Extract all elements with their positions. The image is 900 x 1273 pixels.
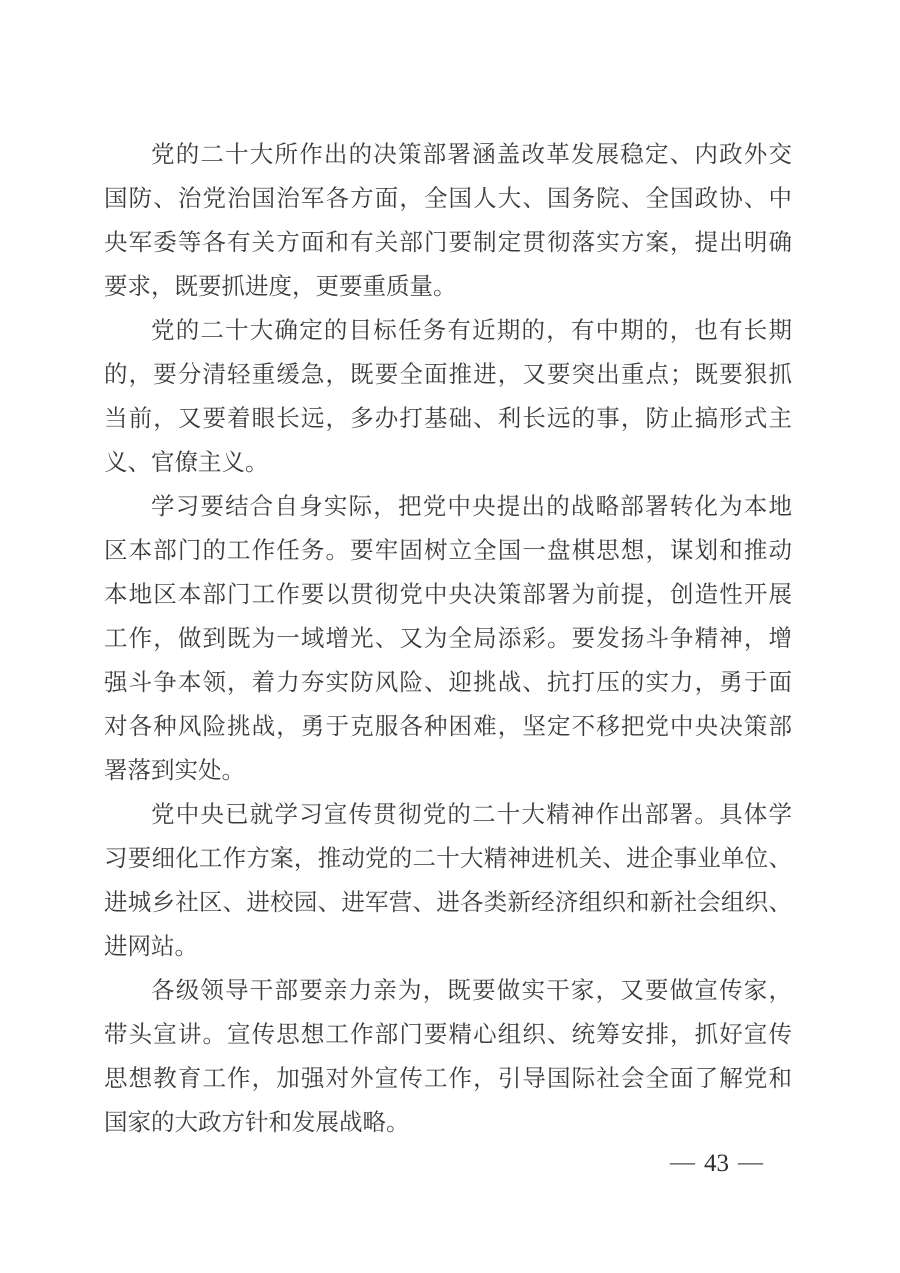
paragraph-5: 各级领导干部要亲力亲为，既要做实干家，又要做宣传家， 带头宣讲。宣传思想工作部门…: [104, 969, 792, 1145]
text-line: 习要细化工作方案，推动党的二十大精神进机关、进企事业单位、: [104, 837, 792, 881]
text-line: 进城乡社区、进校园、进军营、进各类新经济组织和新社会组织、: [104, 881, 792, 925]
page-number: 43: [704, 1149, 729, 1179]
text-line: 要求，既要抓进度，更要重质量。: [104, 265, 792, 309]
text-line: 各级领导干部要亲力亲为，既要做实干家，又要做宣传家，: [104, 969, 792, 1013]
text-line: 国防、治党治国治军各方面，全国人大、国务院、全国政协、中: [104, 177, 792, 221]
text-line: 义、官僚主义。: [104, 441, 792, 485]
document-body: 党的二十大所作出的决策部署涵盖改革发展稳定、内政外交 国防、治党治国治军各方面，…: [104, 133, 792, 1145]
text-line: 党的二十大确定的目标任务有近期的，有中期的，也有长期: [104, 309, 792, 353]
text-line: 央军委等各有关方面和有关部门要制定贯彻落实方案，提出明确: [104, 221, 792, 265]
text-line: 区本部门的工作任务。要牢固树立全国一盘棋思想，谋划和推动: [104, 529, 792, 573]
text-line: 当前，又要着眼长远，多办打基础、利长远的事，防止搞形式主: [104, 397, 792, 441]
text-line: 思想教育工作，加强对外宣传工作，引导国际社会全面了解党和: [104, 1057, 792, 1101]
paragraph-3: 学习要结合自身实际，把党中央提出的战略部署转化为本地 区本部门的工作任务。要牢固…: [104, 485, 792, 793]
text-line: 工作，做到既为一域增光、又为全局添彩。要发扬斗争精神，增: [104, 617, 792, 661]
text-line: 进网站。: [104, 925, 792, 969]
text-line: 本地区本部门工作要以贯彻党中央决策部署为前提，创造性开展: [104, 573, 792, 617]
text-line: 学习要结合自身实际，把党中央提出的战略部署转化为本地: [104, 485, 792, 529]
text-line: 带头宣讲。宣传思想工作部门要精心组织、统筹安排，抓好宣传: [104, 1013, 792, 1057]
text-line: 党的二十大所作出的决策部署涵盖改革发展稳定、内政外交: [104, 133, 792, 177]
footer-right-dash: —: [738, 1148, 763, 1178]
paragraph-1: 党的二十大所作出的决策部署涵盖改革发展稳定、内政外交 国防、治党治国治军各方面，…: [104, 133, 792, 309]
paragraph-2: 党的二十大确定的目标任务有近期的，有中期的，也有长期 的，要分清轻重缓急，既要全…: [104, 309, 792, 485]
text-line: 的，要分清轻重缓急，既要全面推进，又要突出重点；既要狠抓: [104, 353, 792, 397]
footer-left-dash: —: [670, 1148, 695, 1178]
text-line: 党中央已就学习宣传贯彻党的二十大精神作出部署。具体学: [104, 793, 792, 837]
text-line: 署落到实处。: [104, 749, 792, 793]
page-footer: — 43 —: [670, 1149, 763, 1179]
text-line: 国家的大政方针和发展战略。: [104, 1101, 792, 1145]
text-line: 对各种风险挑战，勇于克服各种困难，坚定不移把党中央决策部: [104, 705, 792, 749]
text-line: 强斗争本领，着力夯实防风险、迎挑战、抗打压的实力，勇于面: [104, 661, 792, 705]
document-page: 党的二十大所作出的决策部署涵盖改革发展稳定、内政外交 国防、治党治国治军各方面，…: [0, 0, 900, 1273]
paragraph-4: 党中央已就学习宣传贯彻党的二十大精神作出部署。具体学 习要细化工作方案，推动党的…: [104, 793, 792, 969]
